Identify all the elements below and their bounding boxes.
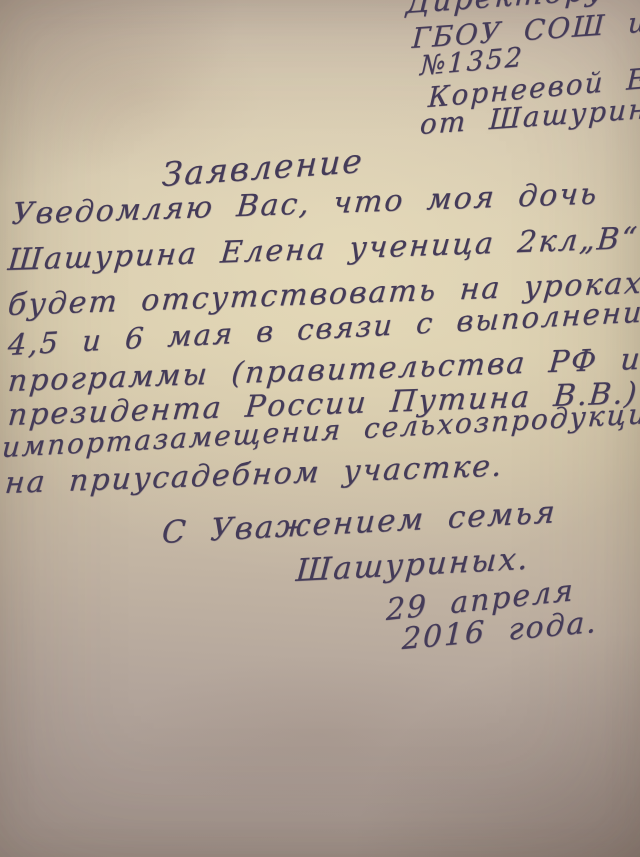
body-line: Уведомляю Вас, что моя дочь <box>10 176 599 232</box>
handwritten-note-photo: Директору ГБОУ СОШ шк. №1352 Корнеевой Е… <box>0 0 640 857</box>
paper-shading <box>40 620 600 850</box>
